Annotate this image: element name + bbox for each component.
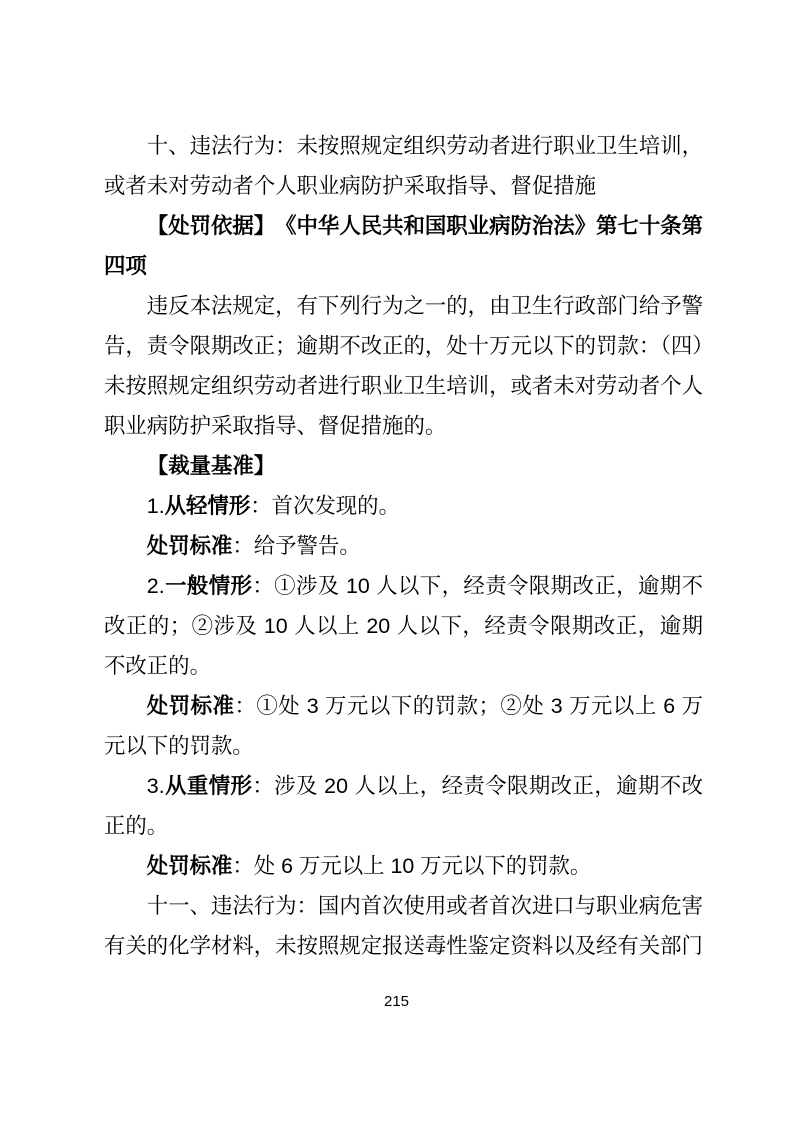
bold-run: 处罚标准 [147, 854, 233, 878]
severe-circumstance: 3.从重情形：涉及 20 人以上，经责令限期改正，逾期不改正的。 [104, 766, 703, 846]
bold-run: 处罚标准 [147, 534, 233, 558]
text-run: ：处 6 万元以上 10 万元以下的罚款。 [232, 854, 591, 878]
text-run: 十、违法行为：未按照规定组织劳动者进行职业卫生培训，或者未对劳动者个人职业病防护… [104, 134, 703, 198]
lenient-penalty-standard: 处罚标准：给予警告。 [104, 526, 703, 566]
bold-run: 一般情形 [165, 574, 253, 598]
severe-penalty-standard: 处罚标准：处 6 万元以上 10 万元以下的罚款。 [104, 846, 703, 886]
text-run: 违反本法规定，有下列行为之一的，由卫生行政部门给予警告，责令限期改正；逾期不改正… [104, 294, 703, 438]
violation-10: 十、违法行为：未按照规定组织劳动者进行职业卫生培训，或者未对劳动者个人职业病防护… [104, 126, 703, 206]
text-run: ：首次发现的。 [250, 494, 400, 518]
penalty-basis-heading: 【处罚依据】 《中华人民共和国职业病防治法》第七十条第四项 [104, 206, 703, 286]
bold-run: 【处罚依据】 《中华人民共和国职业病防治法》第七十条第四项 [104, 214, 703, 278]
discretion-benchmark-heading: 【裁量基准】 [104, 446, 703, 486]
bold-run: 从重情形 [165, 774, 253, 798]
lenient-circumstance: 1.从轻情形：首次发现的。 [104, 486, 703, 526]
text-run: 1. [147, 494, 165, 518]
bold-run: 【裁量基准】 [147, 454, 275, 478]
law-quote: 违反本法规定，有下列行为之一的，由卫生行政部门给予警告，责令限期改正；逾期不改正… [104, 286, 703, 446]
text-run: 十一、违法行为：国内首次使用或者首次进口与职业病危害有关的化学材料，未按照规定报… [104, 894, 703, 958]
general-penalty-standard: 处罚标准：①处 3 万元以下的罚款；②处 3 万元以上 6 万元以下的罚款。 [104, 686, 703, 766]
general-circumstance: 2.一般情形：①涉及 10 人以下，经责令限期改正，逾期不改正的；②涉及 10 … [104, 566, 703, 686]
bold-run: 从轻情形 [165, 494, 251, 518]
document-page: 十、违法行为：未按照规定组织劳动者进行职业卫生培训，或者未对劳动者个人职业病防护… [0, 0, 793, 1122]
page-number: 215 [0, 992, 793, 1012]
text-run: ：给予警告。 [232, 534, 360, 558]
violation-11: 十一、违法行为：国内首次使用或者首次进口与职业病危害有关的化学材料，未按照规定报… [104, 886, 703, 966]
bold-run: 处罚标准 [147, 694, 235, 718]
text-run: 3. [147, 774, 165, 798]
document-body: 十、违法行为：未按照规定组织劳动者进行职业卫生培训，或者未对劳动者个人职业病防护… [104, 126, 703, 966]
text-run: 2. [147, 574, 165, 598]
